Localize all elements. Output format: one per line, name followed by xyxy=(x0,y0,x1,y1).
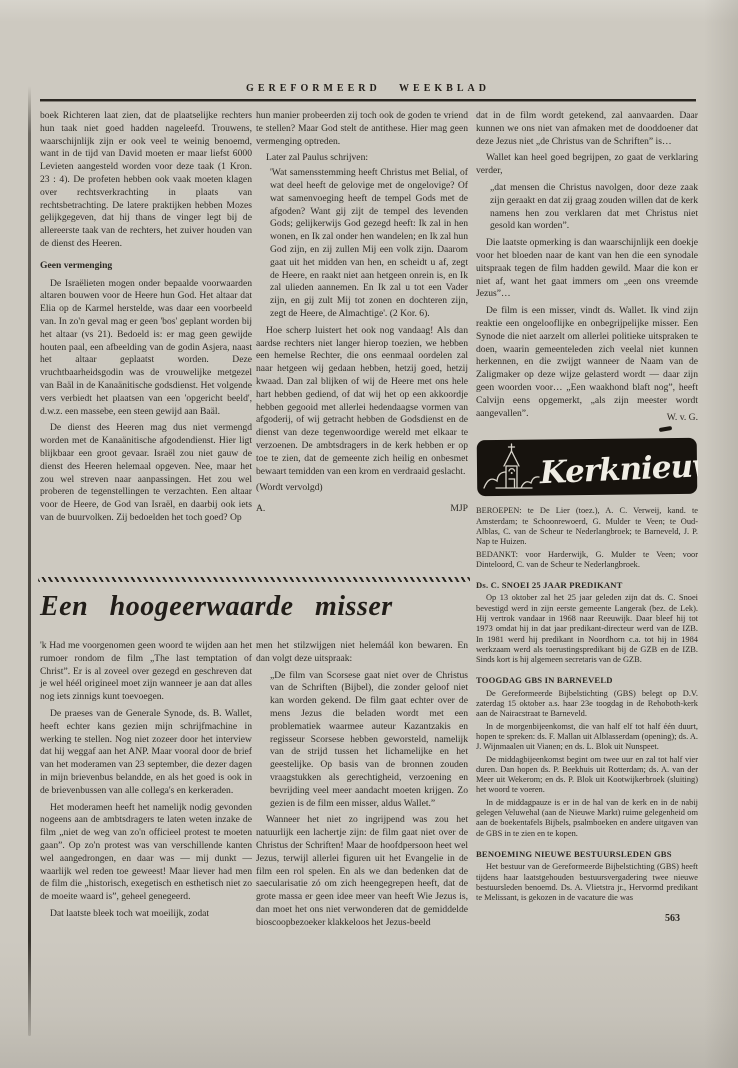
page-fold-line xyxy=(28,86,31,1036)
paragraph: In de middagpauze is er in de hal van de… xyxy=(476,798,698,839)
kerknieuws-banner-svg: Kerknieuws xyxy=(476,436,698,498)
paragraph: Het moderamen heeft het namelijk nodig g… xyxy=(40,802,252,904)
page-number: 563 xyxy=(476,913,680,926)
paragraph: De Israëlieten mogen onder bepaalde voor… xyxy=(40,278,252,419)
quote-block: „De film van Scorsese gaat niet over de … xyxy=(256,670,468,811)
section-heading-geen-vermenging: Geen vermenging xyxy=(40,260,252,273)
paragraph: dat in de film wordt getekend, zal aanva… xyxy=(476,110,698,148)
paragraph: Hoe scherp luistert het ook nog vandaag!… xyxy=(256,325,468,479)
beroepen-item: BEROEPEN: te De Lier (toez.), A. C. Verw… xyxy=(476,506,698,547)
heading-toogdag: TOOGDAG GBS IN BARNEVELD xyxy=(476,675,698,685)
kerknieuws-listing: BEROEPEN: te De Lier (toez.), A. C. Verw… xyxy=(476,506,698,903)
paragraph: De Gereformeerde Bijbelstichting (GBS) b… xyxy=(476,689,698,720)
heading-benoeming: BENOEMING NIEUWE BESTUURSLEDEN GBS xyxy=(476,849,698,859)
misser-article-col2: men het stilzwijgen niet helemáál kon be… xyxy=(256,640,468,934)
paragraph: De dienst des Heeren mag dus niet vermen… xyxy=(40,422,252,524)
paragraph: Die laatste opmerking is dan waarschijnl… xyxy=(476,237,698,301)
top-article-col2: hun manier probeerden zij toch ook de go… xyxy=(256,110,468,516)
heading-snoei: Ds. C. SNOEI 25 JAAR PREDIKANT xyxy=(476,580,698,590)
top-article-col3: dat in de film wordt getekend, zal aanva… xyxy=(476,110,698,926)
paragraph: De film is een misser, vindt ds. Wallet.… xyxy=(476,305,698,420)
ink-smudge xyxy=(659,426,672,432)
masthead-rule xyxy=(40,99,696,102)
kerknieuws-logo-text: Kerknieuws xyxy=(538,447,698,492)
rope-divider xyxy=(38,577,470,582)
paragraph: Het bestuur van de Gereformeerde Bijbels… xyxy=(476,862,698,903)
misser-article-col1: 'k Had me voorgenomen geen woord te wijd… xyxy=(40,640,252,925)
paragraph: Wanneer het niet zo ingrijpend was zou h… xyxy=(256,814,468,929)
paragraph: 'k Had me voorgenomen geen woord te wijd… xyxy=(40,640,252,704)
paragraph: Op 13 oktober zal het 25 jaar geleden zi… xyxy=(476,593,698,665)
paragraph: De praeses van de Generale Synode, ds. B… xyxy=(40,708,252,798)
bedankt-item: BEDANKT: voor Harderwijk, G. Mulder te V… xyxy=(476,550,698,571)
author-initial: A. xyxy=(256,503,265,516)
kerknieuws-banner: Kerknieuws xyxy=(476,436,698,498)
paragraph: In de morgenbijeenkomst, die van half el… xyxy=(476,722,698,753)
author-signature: MJP xyxy=(450,503,468,516)
quote-block: „dat mensen die Christus navolgen, door … xyxy=(476,182,698,233)
masthead-title: GEREFORMEERD WEEKBLAD xyxy=(40,83,696,94)
misser-article-title: Een hoogeerwaarde misser xyxy=(40,591,480,623)
signature-row: A. MJP xyxy=(256,503,468,516)
paragraph: men het stilzwijgen niet helemáál kon be… xyxy=(256,640,468,666)
top-article-col1: boek Richteren laat zien, dat de plaatse… xyxy=(40,110,252,529)
quote-block: 'Wat samensstemming heeft Christus met B… xyxy=(256,167,468,321)
paragraph: De middagbijeenkomst begint om twee uur … xyxy=(476,755,698,796)
paragraph: Dat laatste bleek toch wat moeilijk, zod… xyxy=(40,908,252,921)
paragraph: hun manier probeerden zij toch ook de go… xyxy=(256,110,468,148)
paragraph: Later zal Paulus schrijven: xyxy=(256,152,468,165)
paragraph: Wallet kan heel goed begrijpen, zo gaat … xyxy=(476,152,698,178)
continuation-note: (Wordt vervolgd) xyxy=(256,482,468,495)
magazine-page-scan: GEREFORMEERD WEEKBLAD boek Richteren laa… xyxy=(0,0,738,1068)
paragraph: boek Richteren laat zien, dat de plaatse… xyxy=(40,110,252,251)
